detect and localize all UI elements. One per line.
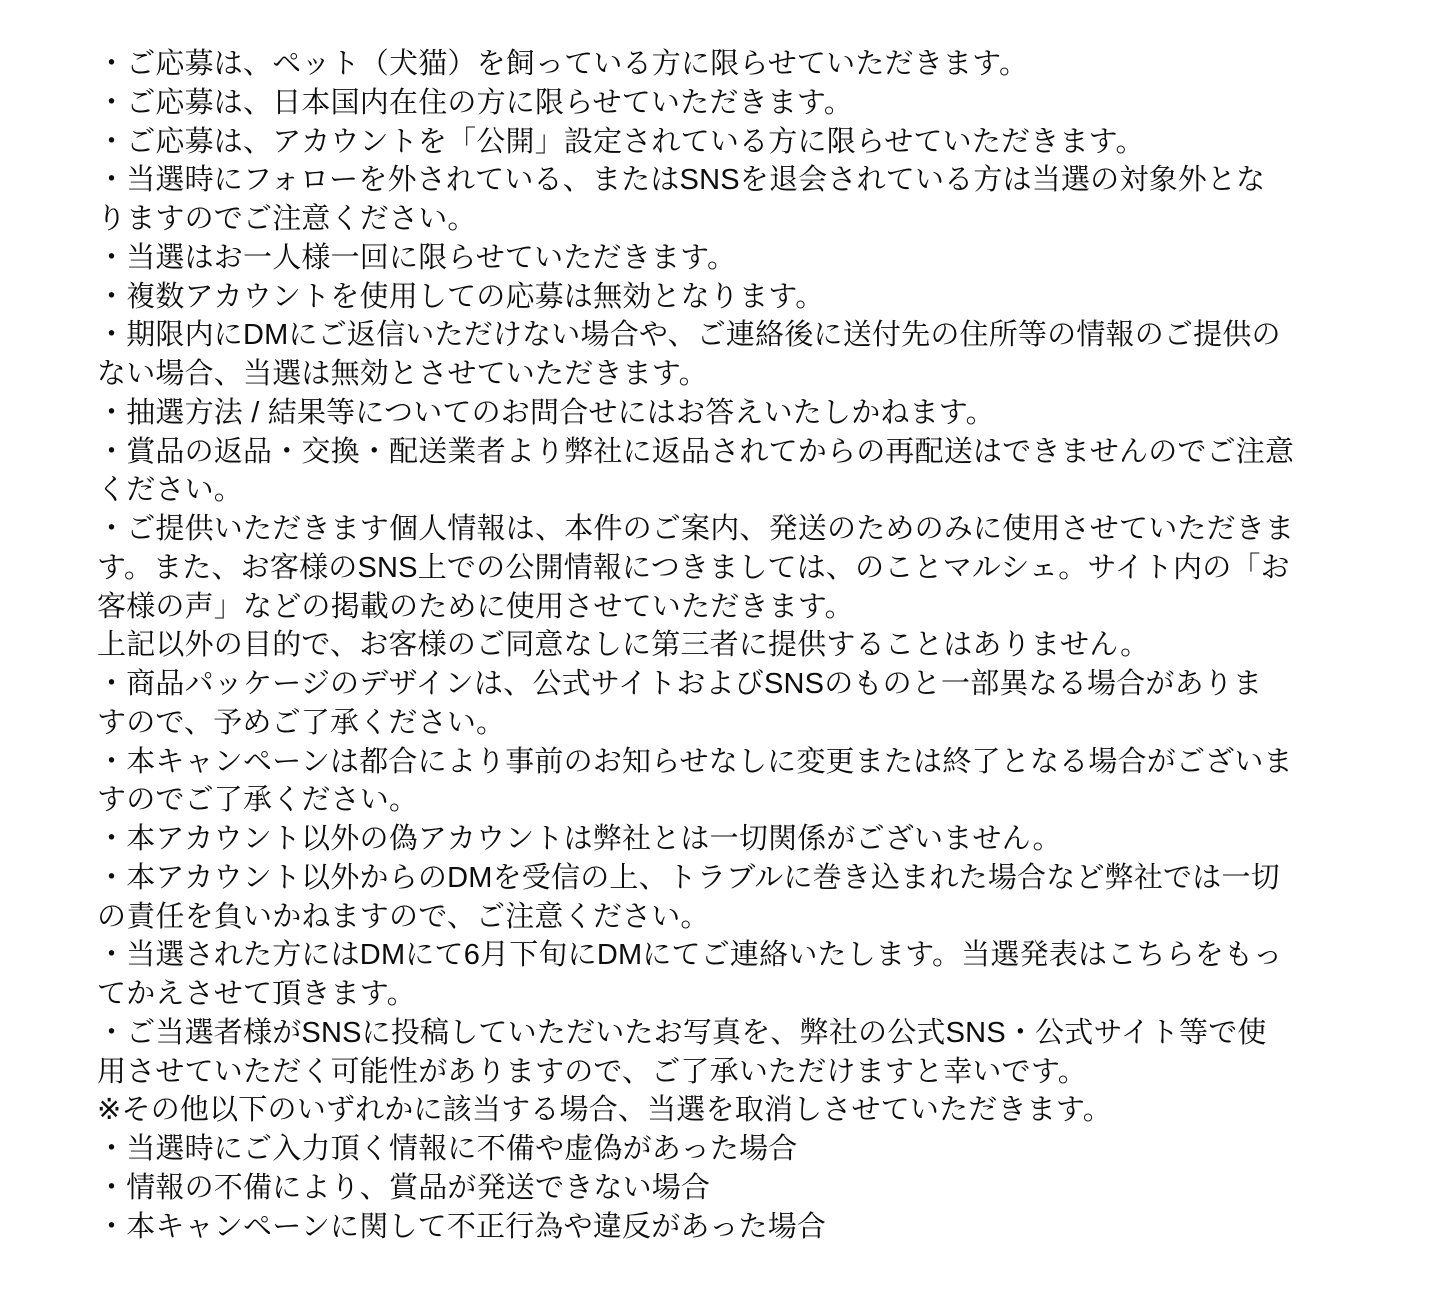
- terms-text-line: ・当選時にご入力頂く情報に不備や虚偽があった場合: [97, 1130, 1370, 1169]
- terms-text-line: ・複数アカウントを使用しての応募は無効となります。: [97, 278, 1370, 317]
- terms-text-line: ください。: [97, 471, 1370, 510]
- terms-text-line: 客様の声」などの掲載のために使用させていただきます。: [97, 588, 1370, 627]
- terms-text-line: ・本キャンペーンは都合により事前のお知らせなしに変更または終了となる場合がござい…: [97, 743, 1370, 782]
- terms-text-line: ・本アカウント以外からのDMを受信の上、トラブルに巻き込まれた場合など弊社では一…: [97, 859, 1370, 898]
- terms-text-line: ・ご応募は、アカウントを「公開」設定されている方に限らせていただきます。: [97, 123, 1370, 162]
- terms-text-line: ・ご当選者様がSNSに投稿していただいたお写真を、弊社の公式SNS・公式サイト等…: [97, 1014, 1370, 1053]
- terms-text-line: ・期限内にDMにご返信いただけない場合や、ご連絡後に送付先の住所等の情報のご提供…: [97, 316, 1370, 355]
- terms-text-line: ・当選はお一人様一回に限らせていただきます。: [97, 239, 1370, 278]
- terms-text-line: てかえさせて頂きます。: [97, 975, 1370, 1014]
- terms-text-line: ・ご応募は、ペット（犬猫）を飼っている方に限らせていただきます。: [97, 45, 1370, 84]
- terms-text-line: ない場合、当選は無効とさせていただきます。: [97, 355, 1370, 394]
- terms-text-line: すのでご了承ください。: [97, 781, 1370, 820]
- terms-text-line: ・抽選方法 / 結果等についてのお問合せにはお答えいたしかねます。: [97, 394, 1370, 433]
- terms-text-line: す。また、お客様のSNS上での公開情報につきましては、のことマルシェ。サイト内の…: [97, 549, 1370, 588]
- terms-document: ・ご応募は、ペット（犬猫）を飼っている方に限らせていただきます。 ・ご応募は、日…: [0, 0, 1430, 1246]
- terms-text-line: ・ご応募は、日本国内在住の方に限らせていただきます。: [97, 84, 1370, 123]
- terms-text-line: ・商品パッケージのデザインは、公式サイトおよびSNSのものと一部異なる場合があり…: [97, 665, 1370, 704]
- terms-text-line: ・賞品の返品・交換・配送業者より弊社に返品されてからの再配送はできませんのでご注…: [97, 433, 1370, 472]
- terms-text-line: の責任を負いかねますので、ご注意ください。: [97, 898, 1370, 937]
- terms-text-line: ・当選時にフォローを外されている、またはSNSを退会されている方は当選の対象外と…: [97, 161, 1370, 200]
- terms-text-line: ※その他以下のいずれかに該当する場合、当選を取消しさせていただきます。: [97, 1091, 1370, 1130]
- terms-text-line: 上記以外の目的で、お客様のご同意なしに第三者に提供することはありません。: [97, 626, 1370, 665]
- terms-text-line: ・ご提供いただきます個人情報は、本件のご案内、発送のためのみに使用させていただき…: [97, 510, 1370, 549]
- terms-text-line: ・本アカウント以外の偽アカウントは弊社とは一切関係がございません。: [97, 820, 1370, 859]
- terms-text-line: ・情報の不備により、賞品が発送できない場合: [97, 1169, 1370, 1208]
- terms-text-line: 用させていただく可能性がありますので、ご了承いただけますと幸いです。: [97, 1053, 1370, 1092]
- terms-text-line: ・当選された方にはDMにて6月下旬にDMにてご連絡いたします。当選発表はこちらを…: [97, 936, 1370, 975]
- terms-text-line: りますのでご注意ください。: [97, 200, 1370, 239]
- terms-text-line: すので、予めご了承ください。: [97, 704, 1370, 743]
- terms-text-line: ・本キャンペーンに関して不正行為や違反があった場合: [97, 1208, 1370, 1247]
